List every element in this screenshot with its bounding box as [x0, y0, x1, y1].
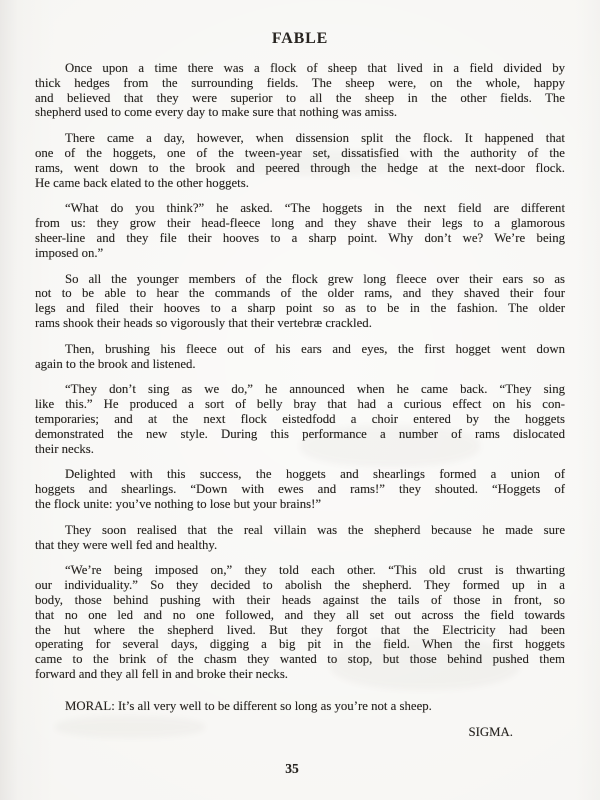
text-line: their necks.: [35, 442, 565, 457]
fable-paragraph: There came a day, however, when dissensi…: [35, 131, 565, 190]
text-line: He came back elated to the other hoggets…: [35, 176, 565, 191]
text-line: sheer-line and they file their hooves to…: [35, 231, 565, 246]
text-line: temporaries; and at the next flock eiste…: [35, 412, 565, 427]
text-line: and believed that they were superior to …: [35, 91, 565, 106]
text-line: came to the brink of the chasm they want…: [35, 652, 565, 667]
text-line: thick hedges from the surrounding fields…: [35, 76, 565, 91]
fable-text-block: Once upon a time there was a flock of sh…: [35, 61, 565, 740]
fable-paragraph: “We’re being imposed on,” they told each…: [35, 563, 565, 681]
text-line: like this.” He produced a sort of belly …: [35, 397, 565, 412]
text-line: hoggets and shearlings. “Down with ewes …: [35, 482, 565, 497]
fable-paragraph: Delighted with this success, the hoggets…: [35, 467, 565, 511]
text-line: one of the hoggets, one of the tween-yea…: [35, 146, 565, 161]
text-line: operating for several days, digging a bi…: [35, 637, 565, 652]
text-line: again to the brook and listened.: [35, 357, 565, 372]
text-line: body, those behind pushing with their he…: [35, 593, 565, 608]
text-line: imposed on.”: [35, 246, 565, 261]
text-line: the flock unite: you’ve nothing to lose …: [35, 497, 565, 512]
fable-paragraph: So all the younger members of the flock …: [35, 272, 565, 331]
text-line: Delighted with this success, the hoggets…: [35, 467, 565, 482]
text-line: that they were well fed and healthy.: [35, 538, 565, 553]
fable-paragraph: “What do you think?” he asked. “The hogg…: [35, 201, 565, 260]
text-line: So all the younger members of the flock …: [35, 272, 565, 287]
text-line: demonstrated the new style. During this …: [35, 427, 565, 442]
fable-paragraph: Then, brushing his fleece out of his ear…: [35, 342, 565, 372]
fable-body: Once upon a time there was a flock of sh…: [35, 61, 565, 682]
text-line: Then, brushing his fleece out of his ear…: [35, 342, 565, 357]
text-line: “They don’t sing as we do,” he announced…: [35, 382, 565, 397]
author-signature: SIGMA.: [35, 725, 565, 740]
text-line: There came a day, however, when dissensi…: [35, 131, 565, 146]
text-line: that no one led and no one followed, and…: [35, 608, 565, 623]
text-line: forward and they all fell in and broke t…: [35, 667, 565, 682]
fable-paragraph: “They don’t sing as we do,” he announced…: [35, 382, 565, 456]
text-line: shepherd used to come every day to make …: [35, 105, 565, 120]
text-line: “We’re being imposed on,” they told each…: [35, 563, 565, 578]
moral-line: MORAL: It’s all very well to be differen…: [35, 699, 565, 714]
scanned-book-page: FABLE Once upon a time there was a flock…: [0, 0, 600, 800]
text-line: rams, went down to the brook and peered …: [35, 161, 565, 176]
text-line: Once upon a time there was a flock of sh…: [35, 61, 565, 76]
text-line: “What do you think?” he asked. “The hogg…: [35, 201, 565, 216]
page-title: FABLE: [0, 30, 600, 48]
text-line: our individuality.” So they decided to a…: [35, 578, 565, 593]
fable-paragraph: They soon realised that the real villain…: [35, 523, 565, 553]
text-line: not to be able to hear the commands of t…: [35, 286, 565, 301]
text-line: from us: they grow their head-fleece lon…: [35, 216, 565, 231]
text-line: legs and filed their hooves to a sharp p…: [35, 301, 565, 316]
text-line: They soon realised that the real villain…: [35, 523, 565, 538]
fable-paragraph: Once upon a time there was a flock of sh…: [35, 61, 565, 120]
text-line: rams shook their heads so vigorously tha…: [35, 316, 565, 331]
page-number: 35: [0, 761, 592, 777]
text-line: the hut where the shepherd lived. But th…: [35, 623, 565, 638]
